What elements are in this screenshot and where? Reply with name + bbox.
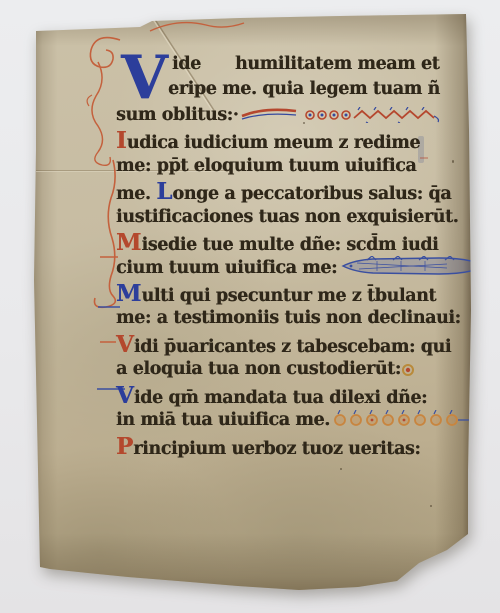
- manuscript-line-11: me: a testimoniis tuis non declinaui:: [116, 306, 452, 331]
- manuscript-line-1: ide humilitatem meam et: [116, 52, 452, 77]
- verse-text: a eloquia tua non custodierūt:: [116, 359, 401, 379]
- manuscript-line-16: Principium uerboz tuoz ueritas:: [116, 434, 452, 459]
- manuscript-leaf-wrap: V ide humilitatem meam eteripe me. quia …: [0, 0, 500, 613]
- versal-initial-red: P: [116, 433, 133, 460]
- manuscript-line-5: me: pp̄t eloquium tuum uiuifica: [116, 154, 452, 179]
- manuscript-line-12: Vidi p̄uaricantes z tabescebam: qui: [116, 332, 452, 357]
- verse-text: ulti qui psecuntur me z t̄bulant: [141, 286, 436, 306]
- manuscript-line-2: eripe me. quia legem tuam ñ: [116, 77, 452, 102]
- verse-text: eripe me. quia legem tuam ñ: [168, 79, 440, 99]
- verse-text: cium tuum uiuifica me:: [116, 258, 337, 278]
- verse-text: isedie tue multe dñe: scd̄m iudi: [141, 235, 438, 255]
- manuscript-line-6: me. Longe a peccatoribus salus: q̄a: [116, 179, 452, 204]
- versal-initial-red: V: [116, 331, 134, 358]
- manuscript-line-15: in miā tua uiuifica me.: [116, 408, 452, 433]
- speck: [452, 160, 454, 163]
- manuscript-line-7: iustificaciones tuas non exquisierūt.: [116, 205, 452, 230]
- speck: [430, 505, 432, 507]
- verse-text: sum oblitus:·: [116, 105, 238, 125]
- manuscript-line-14: Vide qm̄ mandata tua dilexi dñe:: [116, 383, 452, 408]
- verse-text: me.: [116, 184, 156, 204]
- text-block: ide humilitatem meam eteripe me. quia le…: [116, 52, 452, 459]
- versal-initial-blue: M: [116, 280, 141, 307]
- verse-text: ide humilitatem meam et: [172, 54, 439, 74]
- versal-initial-blue: V: [116, 382, 134, 409]
- verse-text: me: a testimoniis tuis non declinaui:: [116, 308, 461, 328]
- versal-initial-red: I: [116, 127, 127, 154]
- verse-text: in miā tua uiuifica me.: [116, 410, 330, 430]
- verse-text: udica iudicium meum z redime: [127, 133, 420, 153]
- verse-text: idi p̄uaricantes z tabescebam: qui: [134, 337, 451, 357]
- verse-text: onge a peccatoribus salus: q̄a: [172, 184, 451, 204]
- manuscript-line-3: sum oblitus:·: [116, 103, 452, 128]
- speck: [340, 468, 342, 470]
- manuscript-line-8: Misedie tue multe dñe: scd̄m iudi: [116, 230, 452, 255]
- verse-text: rincipium uerboz tuoz ueritas:: [133, 439, 420, 459]
- manuscript-line-10: Multi qui psecuntur me z t̄bulant: [116, 281, 452, 306]
- parchment-leaf: V ide humilitatem meam eteripe me. quia …: [0, 0, 500, 613]
- verse-text: me: pp̄t eloquium tuum uiuifica: [116, 156, 416, 176]
- manuscript-line-9: cium tuum uiuifica me:: [116, 256, 452, 281]
- photo-background: V ide humilitatem meam eteripe me. quia …: [0, 0, 500, 613]
- manuscript-line-4: Iudica iudicium meum z redime: [116, 128, 452, 153]
- verse-text: ide qm̄ mandata tua dilexi dñe:: [134, 388, 427, 408]
- verse-text: iustificaciones tuas non exquisierūt.: [116, 207, 458, 227]
- red-gold-roundel-icon: [401, 359, 416, 379]
- gold-chain-line-filler-icon: [330, 410, 482, 430]
- versal-initial-red: M: [116, 229, 141, 256]
- red-blue-penwork-line-filler-icon: [238, 105, 441, 125]
- versal-initial-blue: L: [156, 178, 172, 205]
- manuscript-line-13: a eloquia tua non custodierūt:: [116, 357, 452, 382]
- blue-fish-line-filler-icon: [337, 258, 500, 278]
